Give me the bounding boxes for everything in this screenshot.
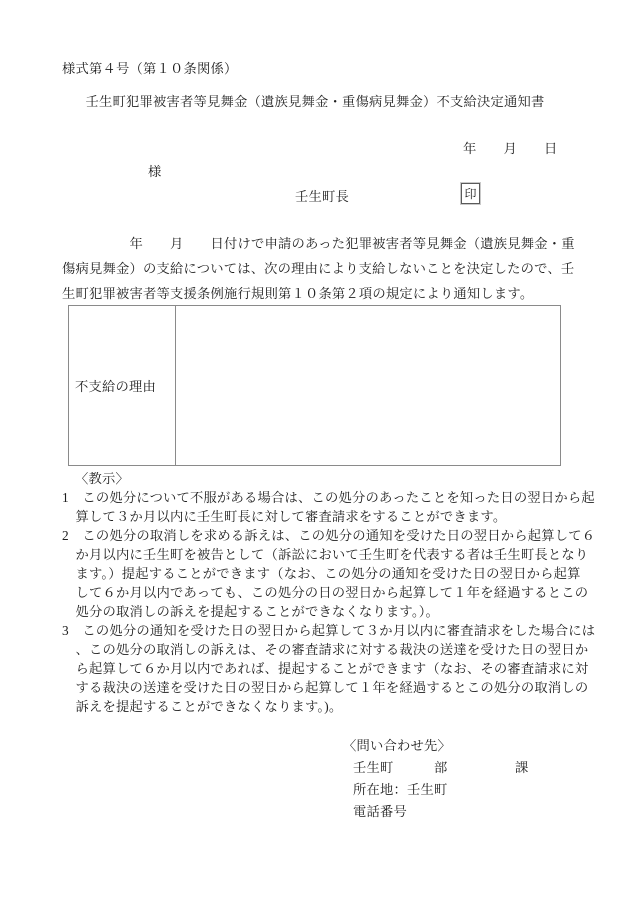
- addressee-honorific: 様: [148, 162, 162, 181]
- instruction-item-1: 1 この処分について不服がある場合は、この処分のあったことを知った日の翌日から起…: [62, 488, 595, 526]
- instructions-section: 〈教示〉 1 この処分について不服がある場合は、この処分のあったことを知った日の…: [62, 469, 595, 716]
- instructions-heading: 〈教示〉: [62, 469, 595, 488]
- document-title: 壬生町犯罪被害者等見舞金（遺族見舞金・重傷病見舞金）不支給決定通知書: [0, 92, 630, 111]
- form-number: 様式第４号（第１０条関係）: [62, 59, 237, 78]
- contact-address-line: 所在地：壬生町: [343, 779, 528, 801]
- seal-box: 印: [461, 183, 480, 204]
- seal-mark: 印: [464, 188, 476, 200]
- instruction-item-2: 2 この処分の取消しを求める訴えは、この処分の通知を受けた日の翌日から起算して６…: [62, 526, 595, 621]
- contact-phone-line: 電話番号: [343, 801, 528, 823]
- date-line: 年 月 日: [463, 139, 557, 158]
- reason-value-cell: [176, 306, 560, 465]
- issuer-title: 壬生町長: [295, 187, 349, 206]
- reason-table: 不支給の理由: [68, 305, 561, 466]
- reason-label-cell: 不支給の理由: [69, 306, 176, 465]
- body-paragraph: 年 月 日付けで申請のあった犯罪被害者等見舞金（遺族見舞金・重 傷病見舞金）の支…: [62, 231, 575, 306]
- document-page: 様式第４号（第１０条関係） 壬生町犯罪被害者等見舞金（遺族見舞金・重傷病見舞金）…: [0, 0, 630, 903]
- contact-heading: 〈問い合わせ先〉: [343, 735, 528, 757]
- contact-section: 〈問い合わせ先〉 壬生町 部 課 所在地：壬生町 電話番号: [343, 735, 528, 823]
- instruction-item-3: 3 この処分の通知を受けた日の翌日から起算して３か月以内に審査請求をした場合には…: [62, 621, 595, 716]
- contact-org-line: 壬生町 部 課: [343, 757, 528, 779]
